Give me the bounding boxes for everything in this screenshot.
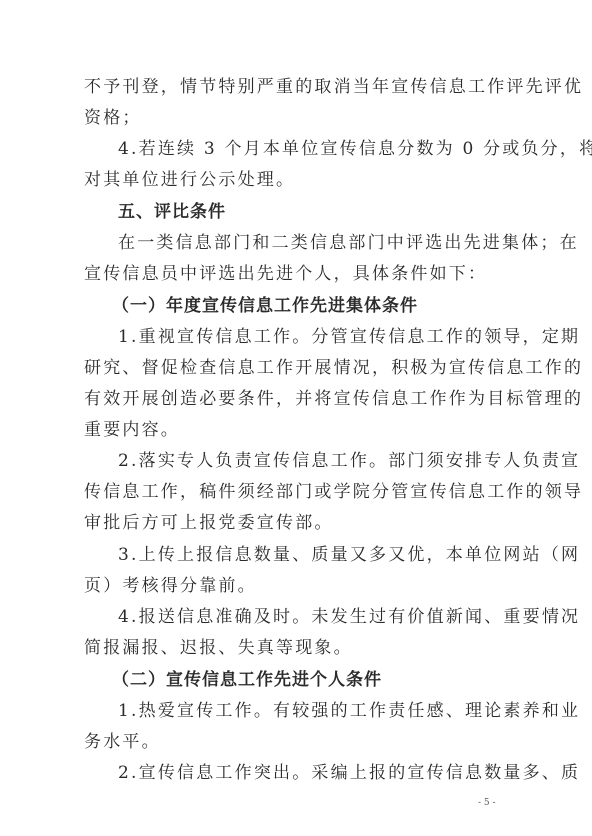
text-line: 1.重视宣传信息工作。分管宣传信息工作的领导，定期 xyxy=(118,327,538,347)
text-line: 4.若连续 3 个月本单位宣传信息分数为 0 分或负分，将 xyxy=(118,139,538,159)
text-line: 3.上传上报信息数量、质量又多又优，本单位网站（网 xyxy=(118,545,538,565)
text-line: 页）考核得分靠前。 xyxy=(84,576,504,596)
text-line: 宣传信息员中评选出先进个人，具体条件如下： xyxy=(84,264,504,284)
text-line: 4.报送信息准确及时。未发生过有价值新闻、重要情况 xyxy=(118,607,538,627)
text-line: 不予刊登，情节特别严重的取消当年宣传信息工作评先评优 xyxy=(84,77,504,97)
text-line: 1.热爱宣传工作。有较强的工作责任感、理论素养和业 xyxy=(118,701,538,721)
text-line: 审批后方可上报党委宣传部。 xyxy=(84,513,504,533)
text-line: 在一类信息部门和二类信息部门中评选出先进集体；在 xyxy=(118,233,538,253)
page-number: - 5 - xyxy=(478,798,496,808)
subsection-heading: （一）年度宣传信息工作先进集体条件 xyxy=(112,296,532,316)
subsection-heading: （二）宣传信息工作先进个人条件 xyxy=(112,670,532,690)
document-page: 不予刊登，情节特别严重的取消当年宣传信息工作评先评优 资格； 4.若连续 3 个… xyxy=(0,0,592,836)
text-line: 有效开展创造必要条件，并将宣传信息工作作为目标管理的 xyxy=(84,389,504,409)
text-line: 重要内容。 xyxy=(84,420,504,440)
section-heading: 五、评比条件 xyxy=(118,202,538,222)
text-line: 2.宣传信息工作突出。采编上报的宣传信息数量多、质 xyxy=(118,763,538,783)
text-line: 研究、督促检查信息工作开展情况，积极为宣传信息工作的 xyxy=(84,358,504,378)
text-line: 简报漏报、迟报、失真等现象。 xyxy=(84,638,504,658)
text-line: 对其单位进行公示处理。 xyxy=(84,170,504,190)
text-line: 传信息工作，稿件须经部门或学院分管宣传信息工作的领导 xyxy=(84,482,504,502)
text-line: 务水平。 xyxy=(84,732,504,752)
text-line: 2.落实专人负责宣传信息工作。部门须安排专人负责宣 xyxy=(118,451,538,471)
text-line: 资格； xyxy=(84,108,504,128)
